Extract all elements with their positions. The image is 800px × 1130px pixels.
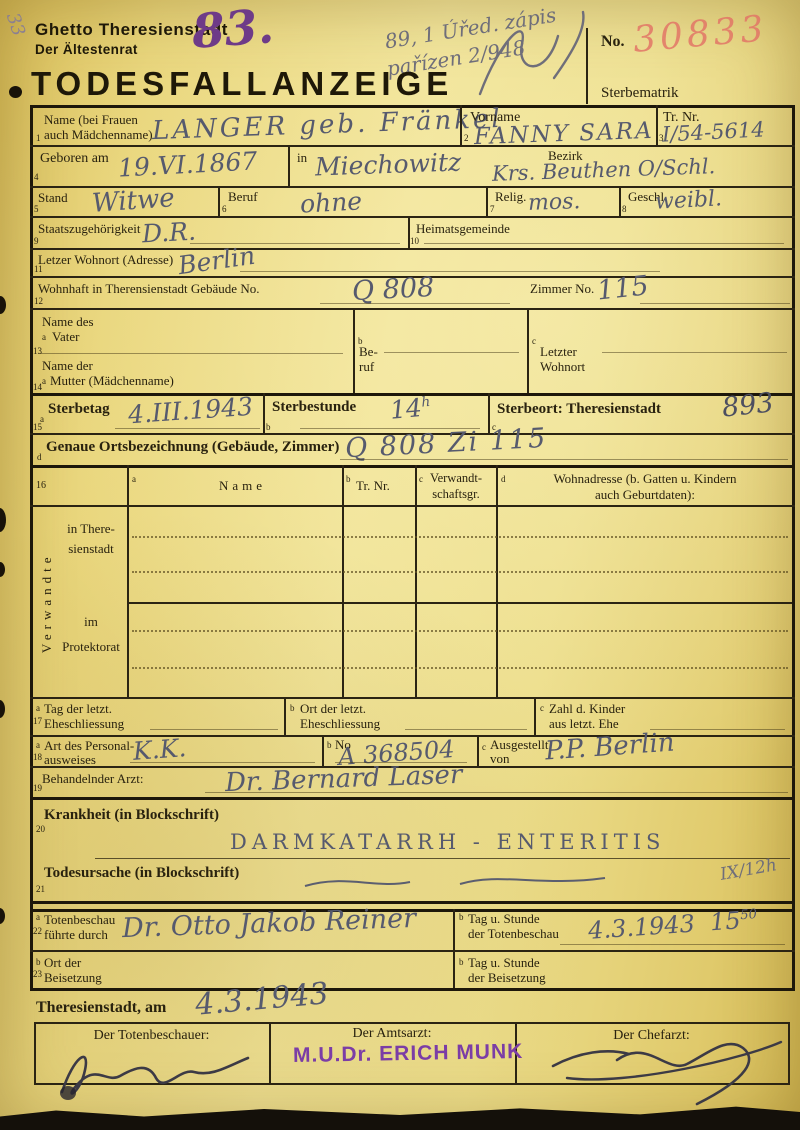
rule-line xyxy=(496,465,498,697)
death-place-pencil-note: 893 xyxy=(721,387,776,423)
id-issued-value: P.P. Berlin xyxy=(544,728,675,767)
sub-letter: a xyxy=(132,474,136,484)
parents-beruf-label-2: ruf xyxy=(359,359,374,375)
field-number: 11 xyxy=(34,264,43,274)
relatives-col-addr-2: auch Geburtdaten): xyxy=(500,487,790,503)
paper-damage-spot xyxy=(9,86,22,98)
rule-line xyxy=(353,308,355,393)
sub-letter: a xyxy=(42,376,46,386)
rule-line xyxy=(30,248,795,250)
rule-line xyxy=(640,303,790,304)
attending-doctor-label: Behandelnder Arzt: xyxy=(42,771,143,787)
rule-line xyxy=(30,988,795,991)
rule-line xyxy=(602,352,787,353)
heimat-label: Heimatsgemeinde xyxy=(416,221,510,237)
children-count-label-2: aus letzt. Ehe xyxy=(549,716,619,732)
illness-value: DARMKATARRH - ENTERITIS xyxy=(230,830,665,854)
sub-letter: a xyxy=(36,740,40,750)
death-hour-value: 14h xyxy=(389,392,432,424)
paper-damage-spot xyxy=(0,908,5,924)
inspection-time-label-2: der Totenbeschau xyxy=(468,926,559,942)
no-value-handwritten: 30833 xyxy=(631,8,769,61)
relatives-col-addr-1: Wohnadresse (b. Gatten u. Kindern xyxy=(500,471,790,487)
rule-line xyxy=(424,243,784,244)
field-number: 17 xyxy=(33,716,42,726)
sub-letter: b xyxy=(459,912,464,922)
beruf-label: Beruf xyxy=(228,189,258,205)
marriage-place-label-1: Ort der letzt. xyxy=(300,701,366,717)
relatives-col-verw-1: Verwandt- xyxy=(418,471,494,486)
field-number: 7 xyxy=(490,204,495,214)
field-number: 12 xyxy=(34,296,43,306)
name-value: LANGER geb. Fränkel xyxy=(152,104,504,146)
relatives-side-label: Verwandte xyxy=(39,518,55,688)
rule-line xyxy=(127,465,129,697)
mother-label-1: Name der xyxy=(42,358,93,374)
geschl-value: weibl. xyxy=(654,186,722,214)
rule-line xyxy=(190,243,400,244)
relatives-sec2-label-1: im xyxy=(58,614,124,630)
relatives-sec1-label-1: in There- xyxy=(58,521,124,537)
born-in-label: in xyxy=(297,150,307,166)
rule-line xyxy=(284,697,286,735)
paper-damage-spot xyxy=(0,508,6,532)
rule-line xyxy=(288,145,290,186)
children-count-label-1: Zahl d. Kinder xyxy=(549,701,625,717)
rule-line xyxy=(240,271,660,272)
mother-label-2: Mutter (Mädchenname) xyxy=(50,373,174,389)
building-value: Q 808 xyxy=(351,272,435,307)
parents-wohnort-label-2: Wohnort xyxy=(540,359,585,375)
exact-location-label: Genaue Ortsbezeichnung (Gebäude, Zimmer) xyxy=(46,438,339,456)
sub-letter: b xyxy=(346,474,351,484)
field-number: 18 xyxy=(33,752,42,762)
footer-date-value: 4.3.1943 xyxy=(194,976,330,1023)
rule-line xyxy=(263,393,265,433)
id-issued-label-2: von xyxy=(490,751,510,767)
rule-line xyxy=(30,216,795,218)
field-number: 8 xyxy=(622,204,627,214)
sub-letter: a xyxy=(42,332,46,342)
rule-line xyxy=(656,105,658,145)
stand-label: Stand xyxy=(38,190,68,206)
field-number: 19 xyxy=(33,783,42,793)
rule-line xyxy=(453,909,455,988)
parents-beruf-label-1: Be- xyxy=(359,344,378,360)
rule-line xyxy=(619,186,621,216)
rule-line xyxy=(534,697,536,735)
sub-letter: d xyxy=(37,452,42,462)
field-number: 5 xyxy=(34,204,39,214)
rule-line xyxy=(38,353,343,354)
field-number: 23 xyxy=(33,969,42,979)
rule-line xyxy=(132,630,788,632)
rule-line xyxy=(218,186,220,216)
ditto-mark xyxy=(300,872,630,894)
field-number: 22 xyxy=(33,926,42,936)
rule-line xyxy=(405,729,527,730)
death-day-value: 4.III.1943 xyxy=(127,392,254,430)
death-notice-form: 33 Ghetto Theresienstadt Der Ältestenrat… xyxy=(0,0,800,1130)
footer-place-label: Theresienstadt, am xyxy=(36,998,166,1017)
death-day-label: Sterbetag xyxy=(48,400,110,418)
rule-line xyxy=(30,308,795,310)
totenbeschauer-signature xyxy=(52,1038,282,1110)
paper-damage-spot xyxy=(0,562,5,577)
last-residence-label: Letzer Wohnort (Adresse) xyxy=(38,252,173,268)
sub-letter: b xyxy=(266,422,271,432)
rule-line xyxy=(30,105,33,991)
rule-line xyxy=(560,944,785,945)
marriage-day-label-1: Tag der letzt. xyxy=(44,701,112,717)
relig-label: Relig. xyxy=(495,189,526,205)
field-number: 21 xyxy=(36,884,45,894)
rule-line xyxy=(30,797,795,800)
stand-value: Witwe xyxy=(91,183,176,219)
father-label-2: Vater xyxy=(52,329,79,345)
rule-line xyxy=(340,459,788,460)
field-number: 13 xyxy=(33,346,42,356)
sub-letter: a xyxy=(36,703,40,713)
beruf-value: ohne xyxy=(299,186,362,218)
rule-line xyxy=(205,792,788,793)
inspection-label-1: Totenbeschau xyxy=(44,912,115,928)
relatives-sec1-label-2: sienstadt xyxy=(58,541,124,557)
header-divider xyxy=(586,28,588,104)
sub-letter: b xyxy=(459,957,464,967)
paper-damage-spot xyxy=(0,296,6,314)
rule-line xyxy=(30,950,795,952)
field-number: 6 xyxy=(222,204,227,214)
rule-line xyxy=(477,735,479,766)
rule-line xyxy=(460,105,462,145)
amtsarzt-stamp: M.U.Dr. ERICH MUNK xyxy=(293,1040,524,1068)
marriage-place-label-2: Eheschliessung xyxy=(300,716,380,732)
zimmer-label: Zimmer No. xyxy=(530,281,594,297)
cause-of-death-label: Todesursache (in Blockschrift) xyxy=(44,864,239,882)
inspection-time-label-1: Tag u. Stunde xyxy=(468,911,540,927)
burial-time-label-1: Tag u. Stunde xyxy=(468,955,540,971)
case-number-handwritten: 83. xyxy=(190,0,275,60)
sub-letter: c xyxy=(482,742,486,752)
relatives-col-verw-2: schaftsgr. xyxy=(418,487,494,502)
rule-line xyxy=(30,145,795,147)
rule-line xyxy=(115,428,260,429)
chefarzt-signature xyxy=(545,1024,795,1124)
rule-line xyxy=(132,571,788,573)
rule-line xyxy=(342,465,344,697)
rule-line xyxy=(486,186,488,216)
death-place-label: Sterbeort: Theresienstadt xyxy=(497,400,661,418)
born-label: Geboren am xyxy=(40,151,109,168)
rule-line xyxy=(132,536,788,538)
relig-value: mos. xyxy=(528,189,581,216)
born-value: 19.VI.1867 xyxy=(117,146,258,182)
father-label-1: Name des xyxy=(42,314,94,330)
rule-line xyxy=(322,735,324,766)
field-number: 14 xyxy=(33,382,42,392)
sub-letter: c xyxy=(540,703,544,713)
rule-line xyxy=(30,465,795,468)
burial-time-label-2: der Beisetzung xyxy=(468,970,546,986)
sub-letter: b xyxy=(290,703,295,713)
inspection-label-2: führte durch xyxy=(44,927,108,943)
citizenship-label: Staatszugehörigkeit xyxy=(38,221,141,237)
relatives-sec2-label-2: Protektorat xyxy=(52,639,130,655)
rule-line xyxy=(527,308,529,393)
zimmer-value: 115 xyxy=(596,270,651,306)
burial-place-label-1: Ort der xyxy=(44,955,81,971)
rule-line xyxy=(132,667,788,669)
field-number: 10 xyxy=(410,236,419,246)
paper-damage-spot xyxy=(0,700,5,718)
rule-line xyxy=(150,729,278,730)
rule-line xyxy=(30,697,795,699)
rule-line xyxy=(127,602,792,604)
death-hour-label: Sterbestunde xyxy=(272,398,356,416)
field-number: 9 xyxy=(34,236,39,246)
illness-label: Krankheit (in Blockschrift) xyxy=(44,806,219,824)
field-number: 1 xyxy=(36,133,41,143)
sterbematrik-label: Sterbematrik xyxy=(601,84,678,102)
building-label: Wohnhaft in Therensienstadt Gebäude No. xyxy=(38,281,259,297)
sub-letter: b xyxy=(36,957,41,967)
rule-line xyxy=(415,465,417,697)
id-type-value: K.K. xyxy=(132,733,187,766)
relatives-col-name: Name xyxy=(145,478,340,494)
pencil-flourish xyxy=(462,6,592,102)
burial-place-label-2: Beisetzung xyxy=(44,970,102,986)
org-subtitle: Der Ältestenrat xyxy=(35,42,138,57)
rule-line xyxy=(30,505,795,507)
marriage-day-label-2: Eheschliessung xyxy=(44,716,124,732)
rule-line xyxy=(792,105,795,991)
name-label-1: Name (bei Frauen xyxy=(44,112,138,128)
field-number: 16 xyxy=(36,480,46,491)
field-number: 20 xyxy=(36,824,45,834)
rule-line xyxy=(130,762,315,763)
born-in-value: Miechowitz xyxy=(315,147,462,181)
field-number: 4 xyxy=(34,172,39,182)
bezirk-value: Krs. Beuthen O/Schl. xyxy=(492,154,716,186)
sub-letter: b xyxy=(327,740,332,750)
rule-line xyxy=(320,303,510,304)
name-label-2: auch Mädchenname) xyxy=(44,127,153,143)
relatives-col-trnr: Tr. Nr. xyxy=(356,478,390,494)
margin-note: 33 xyxy=(2,10,29,38)
parents-wohnort-label-1: Letzter xyxy=(540,344,577,360)
field-number: 15 xyxy=(33,422,42,432)
cause-pencil-note: IX/12h xyxy=(719,855,779,885)
last-residence-value: Berlin xyxy=(176,241,257,280)
field-number: 2 xyxy=(464,133,469,143)
form-title: TODESFALLANZEIGE xyxy=(31,65,453,103)
sub-letter: c xyxy=(532,336,536,346)
sub-letter: a xyxy=(36,912,40,922)
citizenship-value: D.R. xyxy=(141,217,196,249)
trnr-value: I/54-5614 xyxy=(661,117,765,146)
rule-line xyxy=(384,352,519,353)
rule-line xyxy=(95,858,790,859)
no-label: No. xyxy=(601,32,625,51)
